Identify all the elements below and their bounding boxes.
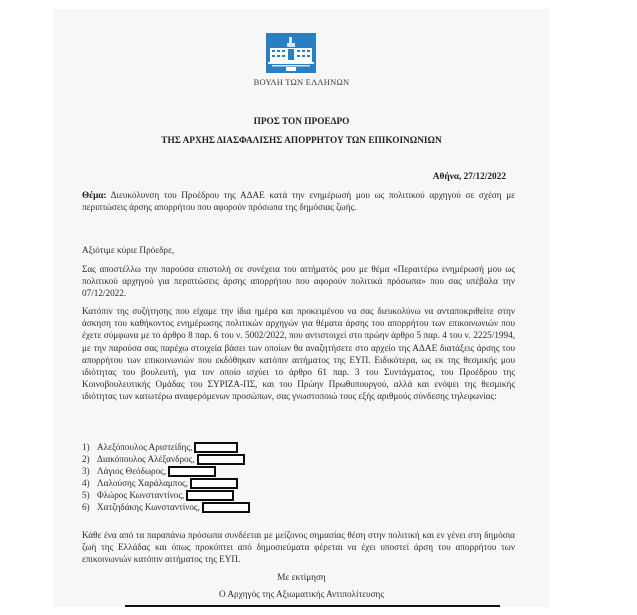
list-number: 2) <box>82 453 97 465</box>
list-item: 4)Λαλούσης Χαράλαμπος, <box>82 477 250 489</box>
paragraph-1: Σας αποστέλλω την παρούσα επιστολή σε συ… <box>82 263 515 300</box>
greeting: Αξιότιμε κύριε Πρόεδρε, <box>82 244 515 256</box>
redacted-phone-box <box>186 490 234 501</box>
person-name: Φλώρος Κωνσταντίνος, <box>97 489 184 501</box>
list-number: 6) <box>82 501 97 513</box>
recipient-line-1: ΠΡΟΣ ΤΟΝ ΠΡΟΕΔΡΟ <box>54 117 549 127</box>
closing: Με εκτίμηση <box>54 572 549 582</box>
redacted-phone-box <box>190 478 238 489</box>
redacted-phone-box <box>197 454 245 465</box>
parliament-building-icon <box>266 33 316 73</box>
list-number: 1) <box>82 441 97 453</box>
letter-date: Αθήνα, 27/12/2022 <box>433 172 506 182</box>
person-name: Αλεξόπουλος Αριστείδης, <box>97 441 192 453</box>
person-name: Διακόπουλος Αλέξανδρος, <box>97 453 195 465</box>
bottom-divider-line <box>125 605 500 607</box>
subject-text: Διευκόλυνση του Προέδρου της ΑΔΑΕ κατά τ… <box>82 190 515 212</box>
list-item: 3)Λάγιος Θεόδωρος, <box>82 465 250 477</box>
list-item: 1)Αλεξόπουλος Αριστείδης, <box>82 441 250 453</box>
list-number: 3) <box>82 465 97 477</box>
redacted-phone-box <box>168 466 216 477</box>
paragraph-3: Κάθε ένα από τα παραπάνω πρόσωπα συνδέετ… <box>82 529 515 566</box>
list-number: 5) <box>82 489 97 501</box>
list-number: 4) <box>82 477 97 489</box>
list-item: 5)Φλώρος Κωνσταντίνος, <box>82 489 250 501</box>
person-name: Χατζηδάκης Κωνσταντίνος, <box>97 501 200 513</box>
list-item: 6)Χατζηδάκης Κωνσταντίνος, <box>82 501 250 513</box>
paragraph-2: Κατόπιν της συζήτησης που είχαμε την ίδι… <box>82 305 515 403</box>
letter-page: ΒΟΥΛΗ ΤΩΝ ΕΛΛΗΝΩΝ ΠΡΟΣ ΤΟΝ ΠΡΟΕΔΡΟ ΤΗΣ Α… <box>54 9 549 607</box>
parliament-caption: ΒΟΥΛΗ ΤΩΝ ΕΛΛΗΝΩΝ <box>54 77 549 87</box>
list-item: 2)Διακόπουλος Αλέξανδρος, <box>82 453 250 465</box>
person-name: Λαλούσης Χαράλαμπος, <box>97 477 188 489</box>
persons-list: 1)Αλεξόπουλος Αριστείδης, 2)Διακόπουλος … <box>82 441 250 513</box>
person-name: Λάγιος Θεόδωρος, <box>97 465 166 477</box>
subject-paragraph: Θέμα: Διευκόλυνση του Προέδρου της ΑΔΑΕ … <box>82 189 515 213</box>
recipient-line-2: ΤΗΣ ΑΡΧΗΣ ΔΙΑΣΦΑΛΙΣΗΣ ΑΠΟΡΡΗΤΟΥ ΤΩΝ ΕΠΙΚ… <box>54 136 549 146</box>
redacted-phone-box <box>202 502 250 513</box>
redacted-phone-box <box>194 442 238 453</box>
signatory-title: Ο Αρχηγός της Αξιωματικής Αντιπολίτευσης <box>54 589 549 599</box>
subject-label: Θέμα: <box>82 190 106 200</box>
